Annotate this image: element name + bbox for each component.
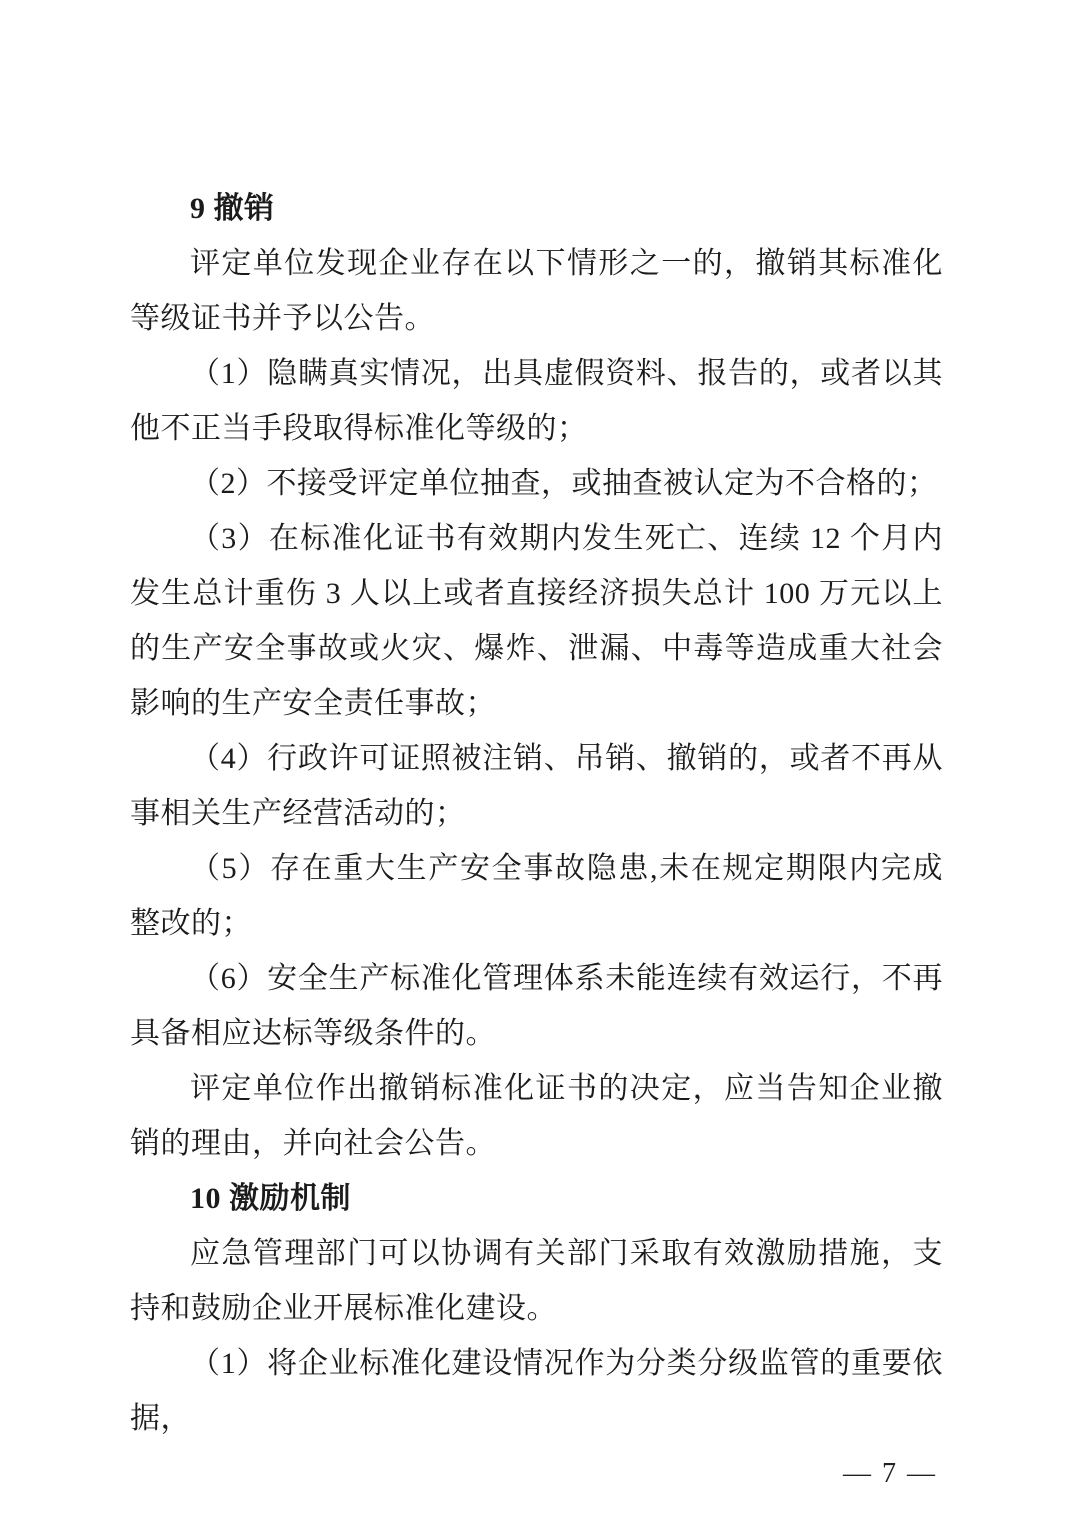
paragraph-incentive-intro: 应急管理部门可以协调有关部门采取有效激励措施，支持和鼓励企业开展标准化建设。 xyxy=(130,1226,943,1336)
paragraph-item-2: （2）不接受评定单位抽查，或抽查被认定为不合格的； xyxy=(130,456,943,511)
document-page: 9 撤销 评定单位发现企业存在以下情形之一的，撤销其标准化等级证书并予以公告。 … xyxy=(0,0,1074,1520)
paragraph-item-3: （3）在标准化证书有效期内发生死亡、连续 12 个月内发生总计重伤 3 人以上或… xyxy=(130,511,943,731)
paragraph-item-1: （1）隐瞒真实情况，出具虚假资料、报告的，或者以其他不正当手段取得标准化等级的； xyxy=(130,346,943,456)
paragraph-item-4: （4）行政许可证照被注销、吊销、撤销的，或者不再从事相关生产经营活动的； xyxy=(130,731,943,841)
paragraph-item-6: （6）安全生产标准化管理体系未能连续有效运行，不再具备相应达标等级条件的。 xyxy=(130,951,943,1061)
paragraph-intro-revocation: 评定单位发现企业存在以下情形之一的，撤销其标准化等级证书并予以公告。 xyxy=(130,236,943,346)
paragraph-incentive-item-1: （1）将企业标准化建设情况作为分类分级监管的重要依据， xyxy=(130,1336,943,1446)
page-number: — 7 — xyxy=(130,1446,943,1501)
section-heading-9: 9 撤销 xyxy=(130,181,943,236)
section-heading-10: 10 激励机制 xyxy=(130,1171,943,1226)
paragraph-revocation-notice: 评定单位作出撤销标准化证书的决定，应当告知企业撤销的理由，并向社会公告。 xyxy=(130,1061,943,1171)
paragraph-item-5: （5）存在重大生产安全事故隐患,未在规定期限内完成整改的； xyxy=(130,841,943,951)
